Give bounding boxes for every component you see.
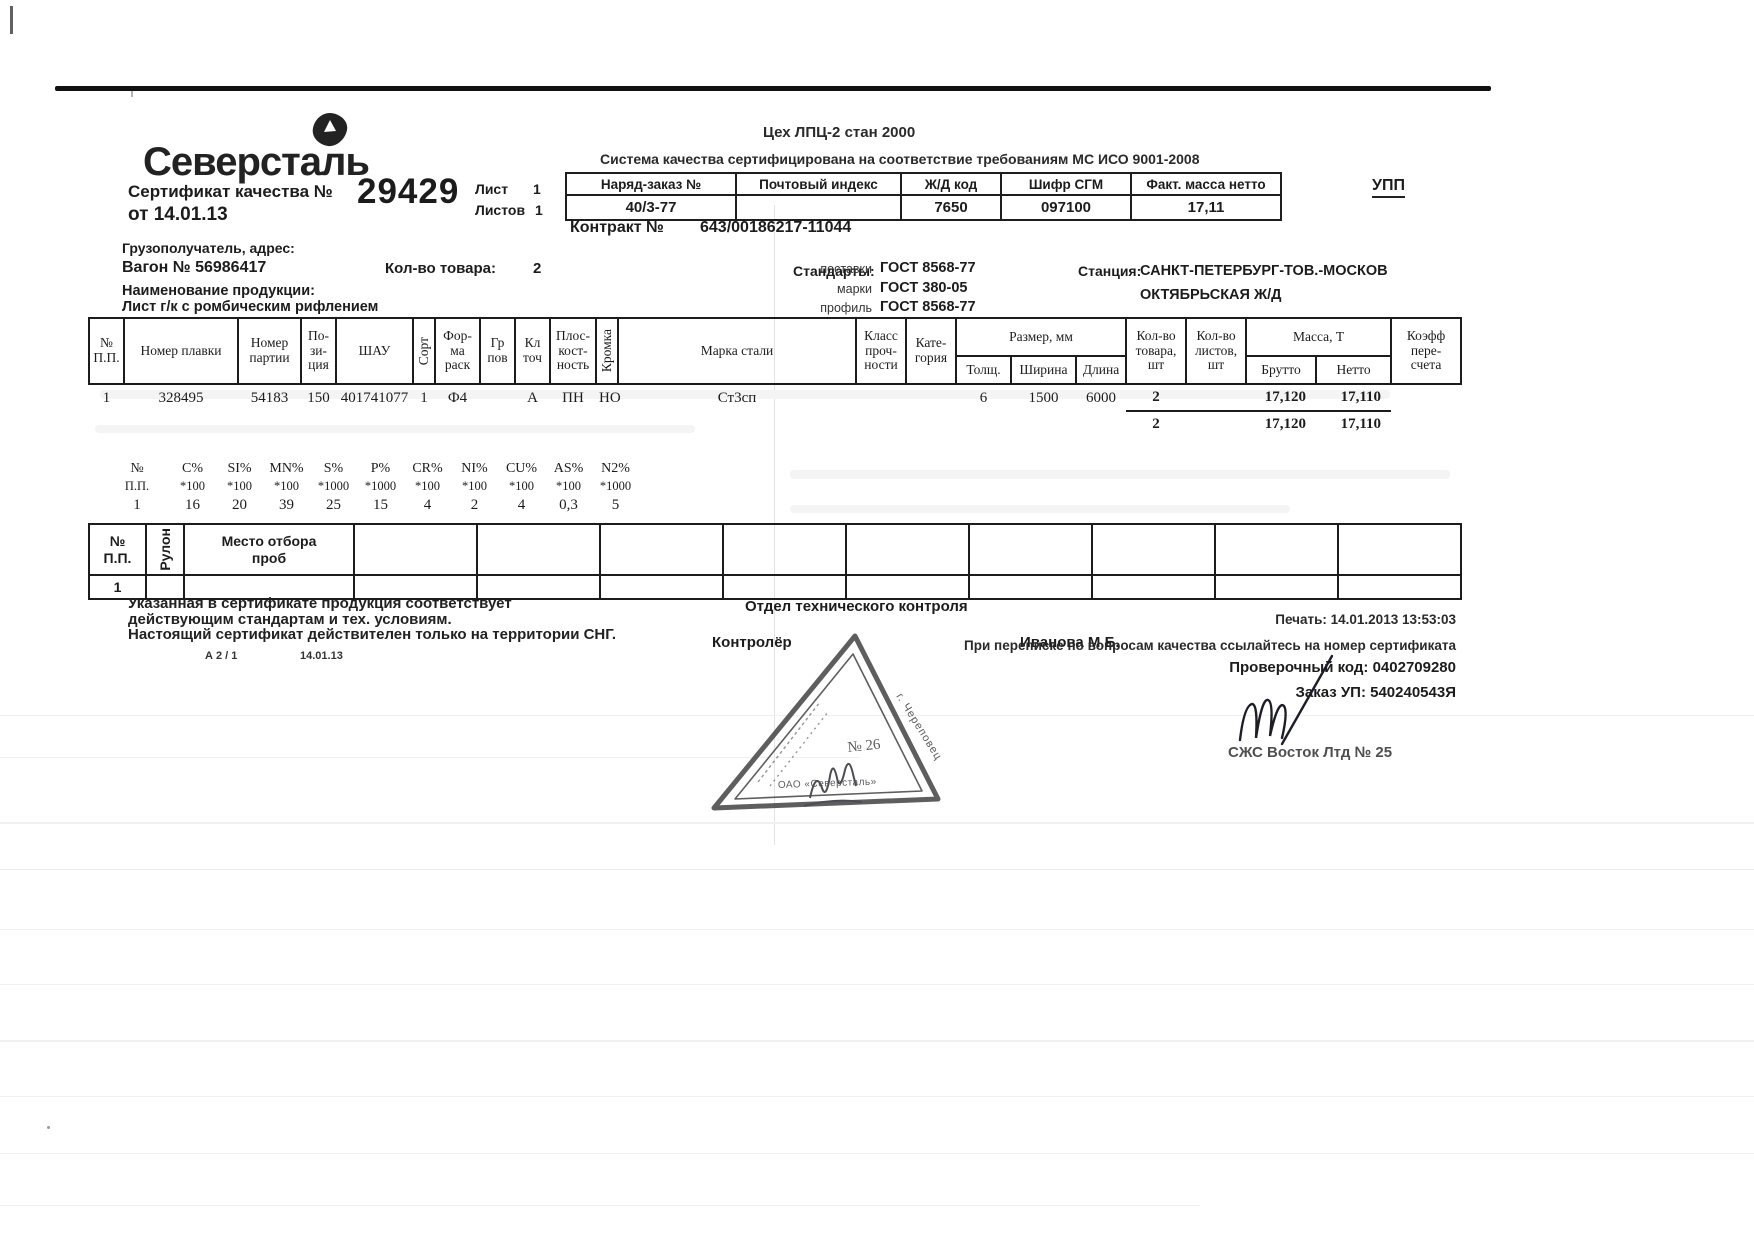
- chem-num-label2: П.П.: [105, 478, 169, 494]
- correspondence-note: При переписке по вопросам качества ссыла…: [964, 638, 1456, 653]
- chem-element: SI%: [216, 460, 263, 478]
- empty-cell: [969, 524, 1092, 575]
- wagon-number: Вагон № 56986417: [122, 259, 266, 277]
- order-info-table: Наряд-заказ № Почтовый индекс Ж/Д код Ши…: [565, 172, 1282, 221]
- chemistry-table: № C% SI% MN% S% P% CR% NI% CU% AS% N2% П…: [105, 460, 639, 516]
- cell-width: 1500: [1011, 384, 1076, 411]
- col-header-accuracy: Кл точ: [515, 318, 550, 384]
- col-header-coef: Коэфф пере- счета: [1391, 318, 1461, 384]
- chem-element: N2%: [592, 460, 639, 478]
- cell-batch: 54183: [238, 384, 301, 411]
- sample-place-header: Место отбора проб: [184, 524, 354, 575]
- scan-streak: [0, 1153, 1754, 1154]
- surveyor-name: СЖС Восток Лтд № 25: [1228, 744, 1392, 761]
- chem-value: 15: [357, 494, 404, 516]
- cell-num: 1: [89, 384, 124, 411]
- cell-gross: 17,120: [1246, 384, 1316, 411]
- chem-value: 20: [216, 494, 263, 516]
- info-col-value: 17,11: [1131, 195, 1281, 220]
- col-header-mass: Масса, Т: [1246, 318, 1391, 356]
- scan-artifact: [47, 1126, 50, 1129]
- chem-multiplier: *100: [404, 478, 451, 494]
- iso-line: Система качества сертифицирована на соот…: [600, 151, 1200, 167]
- certificate-page: Северсталь Цех ЛПЦ-2 стан 2000 Система к…: [0, 0, 1754, 1240]
- scan-smudge: [790, 505, 1290, 513]
- cell-strength: [856, 384, 906, 411]
- info-col-header: Наряд-заказ №: [566, 173, 736, 195]
- chem-num-label: №: [105, 460, 169, 478]
- col-header-size: Размер, мм: [956, 318, 1126, 356]
- empty-cell: [600, 524, 723, 575]
- col-header-grade: Марка стали: [618, 318, 856, 384]
- surveyor-signature: [1230, 652, 1360, 752]
- col-header-net: Нетто: [1316, 356, 1391, 384]
- cell-accuracy: А: [515, 384, 550, 411]
- chem-multiplier: *1000: [357, 478, 404, 494]
- total-net: 17,110: [1316, 411, 1391, 437]
- top-rule: [55, 86, 1491, 91]
- col-header-shau: ШАУ: [336, 318, 413, 384]
- scan-streak: [0, 984, 1754, 985]
- cell-surface: [480, 384, 515, 411]
- col-header-strength: Класс проч- ности: [856, 318, 906, 384]
- otk-department: Отдел технического контроля: [745, 598, 968, 615]
- empty-cell: [1338, 524, 1461, 575]
- sample-roll-header: Рулон: [146, 524, 184, 575]
- sample-location-table: № П.П. Рулон Место отбора проб 1: [88, 523, 1462, 600]
- cell-form: Ф4: [435, 384, 480, 411]
- brand-name: Северсталь: [143, 140, 369, 185]
- total-qty: 2: [1126, 411, 1186, 437]
- chem-row-num: 1: [105, 494, 169, 516]
- scan-streak: [0, 869, 1754, 870]
- standard-kind: марки: [812, 282, 872, 296]
- table-row: 1 328495 54183 150 401741077 1 Ф4 А ПН Н…: [89, 384, 1461, 411]
- cell-length: 6000: [1076, 384, 1126, 411]
- chem-element: MN%: [263, 460, 310, 478]
- stamp-number: № 26: [847, 737, 882, 756]
- goods-qty-label: Кол-во товара:: [385, 260, 496, 277]
- scan-artifact: [10, 6, 13, 34]
- col-header-length: Длина: [1076, 356, 1126, 384]
- chem-element: AS%: [545, 460, 592, 478]
- col-header-flatness: Плос- кост- ность: [550, 318, 596, 384]
- info-col-value: 097100: [1001, 195, 1131, 220]
- col-header-batch: Номер партии: [238, 318, 301, 384]
- col-header-edge: Кромка: [596, 318, 618, 384]
- scan-streak: [0, 929, 1754, 930]
- cell-thickness: 6: [956, 384, 1011, 411]
- chem-element: CR%: [404, 460, 451, 478]
- col-header-thickness: Толщ.: [956, 356, 1011, 384]
- certificate-date: от 14.01.13: [128, 204, 228, 226]
- chem-value: 5: [592, 494, 639, 516]
- col-header-width: Ширина: [1011, 356, 1076, 384]
- chem-multiplier: *100: [263, 478, 310, 494]
- info-col-value: [736, 195, 901, 220]
- standard-kind: профиль: [812, 301, 872, 315]
- certificate-number: 29429: [357, 172, 459, 212]
- col-header-category: Кате- гория: [906, 318, 956, 384]
- col-header-surface: Гр пов: [480, 318, 515, 384]
- cell-heat: 328495: [124, 384, 238, 411]
- chem-element: CU%: [498, 460, 545, 478]
- print-timestamp: Печать: 14.01.2013 13:53:03: [964, 612, 1456, 627]
- form-date: 14.01.13: [300, 650, 343, 662]
- col-header-sheets: Кол-во листов, шт: [1186, 318, 1246, 384]
- form-code: А 2 / 1: [205, 650, 237, 662]
- col-header-form: Фор- ма раск: [435, 318, 480, 384]
- sheet-label: Лист: [475, 181, 508, 197]
- standard-kind: поставки: [812, 262, 872, 276]
- contract-number: 643/00186217-11044: [700, 219, 851, 237]
- info-col-header: Ж/Д код: [901, 173, 1001, 195]
- chem-value: 39: [263, 494, 310, 516]
- empty-cell: [723, 524, 846, 575]
- chem-value: 0,3: [545, 494, 592, 516]
- empty-cell: [477, 524, 600, 575]
- cell-position: 150: [301, 384, 336, 411]
- certificate-title: Сертификат качества №: [128, 182, 333, 202]
- info-col-header: Шифр СГМ: [1001, 173, 1131, 195]
- col-header-position: По- зи- ция: [301, 318, 336, 384]
- chem-element: NI%: [451, 460, 498, 478]
- order-up: Заказ УП: 540240543Я: [964, 684, 1456, 701]
- station-label: Станция:: [1078, 263, 1141, 279]
- chem-multiplier: *100: [169, 478, 216, 494]
- conformity-statement: Указанная в сертификате продукция соотве…: [128, 596, 616, 643]
- info-col-value: 7650: [901, 195, 1001, 220]
- sheets-value: 1: [535, 202, 543, 218]
- contract-label: Контракт №: [570, 219, 664, 237]
- consignee-label: Грузополучатель, адрес:: [122, 240, 295, 256]
- empty-cell: [1092, 524, 1215, 575]
- info-col-value: 40/3-77: [566, 195, 736, 220]
- chem-value: 25: [310, 494, 357, 516]
- chem-element: C%: [169, 460, 216, 478]
- chem-multiplier: *100: [498, 478, 545, 494]
- empty-cell: [1215, 524, 1338, 575]
- col-header-heat: Номер плавки: [124, 318, 238, 384]
- sample-num-header: № П.П.: [89, 524, 146, 575]
- station-railway: ОКТЯБРЬСКАЯ Ж/Д: [1140, 287, 1281, 303]
- totals-row: 2 17,120 17,110: [89, 411, 1461, 437]
- otk-stamp: г. Череповец № 26 ОАО «Северсталь»: [700, 630, 960, 825]
- scan-streak: [0, 1205, 1200, 1206]
- check-code: Проверочный код: 0402709280: [964, 659, 1456, 676]
- empty-cell: [354, 524, 477, 575]
- cell-category: [906, 384, 956, 411]
- chem-multiplier: *1000: [592, 478, 639, 494]
- standard-gost: ГОСТ 380-05: [880, 280, 967, 296]
- cell-qty: 2: [1126, 384, 1186, 411]
- product-table: № П.П. Номер плавки Номер партии По- зи-…: [88, 317, 1462, 437]
- chem-multiplier: *1000: [310, 478, 357, 494]
- cell-net: 17,110: [1316, 384, 1391, 411]
- info-col-header: Почтовый индекс: [736, 173, 901, 195]
- cell-shau: 401741077: [336, 384, 413, 411]
- product-label: Наименование продукции:: [122, 283, 315, 299]
- scan-smudge: [790, 470, 1450, 479]
- col-header-sort: Сорт: [413, 318, 435, 384]
- empty-cell: [846, 524, 969, 575]
- chem-element: S%: [310, 460, 357, 478]
- scan-streak: [0, 1040, 1754, 1042]
- cell-sort: 1: [413, 384, 435, 411]
- chem-value: 4: [404, 494, 451, 516]
- chem-value: 4: [498, 494, 545, 516]
- product-name: Лист г/к с ромбическим рифлением: [122, 299, 378, 315]
- chem-multiplier: *100: [545, 478, 592, 494]
- goods-qty-value: 2: [533, 260, 541, 277]
- total-gross: 17,120: [1246, 411, 1316, 437]
- chem-multiplier: *100: [451, 478, 498, 494]
- cell-grade: Ст3сп: [618, 384, 856, 411]
- standard-gost: ГОСТ 8568-77: [880, 260, 976, 276]
- chem-values-row: 1 16 20 39 25 15 4 2 4 0,3 5: [105, 494, 639, 516]
- sheet-value: 1: [533, 181, 541, 197]
- upp-mark: УПП: [1372, 177, 1405, 198]
- chem-element: P%: [357, 460, 404, 478]
- cell-coef: [1391, 384, 1461, 411]
- chem-value: 16: [169, 494, 216, 516]
- cell-sheets: [1186, 384, 1246, 411]
- col-header-num: № П.П.: [89, 318, 124, 384]
- scan-streak: [0, 1096, 1754, 1097]
- info-col-header: Факт. масса нетто: [1131, 173, 1281, 195]
- station-name: САНКТ-ПЕТЕРБУРГ-ТОВ.-МОСКОВ: [1140, 263, 1388, 279]
- cell-edge: НО: [596, 384, 618, 411]
- standard-gost: ГОСТ 8568-77: [880, 299, 976, 315]
- chem-multiplier: *100: [216, 478, 263, 494]
- shop-line: Цех ЛПЦ-2 стан 2000: [763, 124, 915, 141]
- sheets-label: Листов: [475, 202, 525, 218]
- col-header-gross: Брутто: [1246, 356, 1316, 384]
- footer-right-block: Печать: 14.01.2013 13:53:03 При переписк…: [964, 612, 1456, 701]
- cell-flatness: ПН: [550, 384, 596, 411]
- chem-value: 2: [451, 494, 498, 516]
- col-header-qty: Кол-во товара, шт: [1126, 318, 1186, 384]
